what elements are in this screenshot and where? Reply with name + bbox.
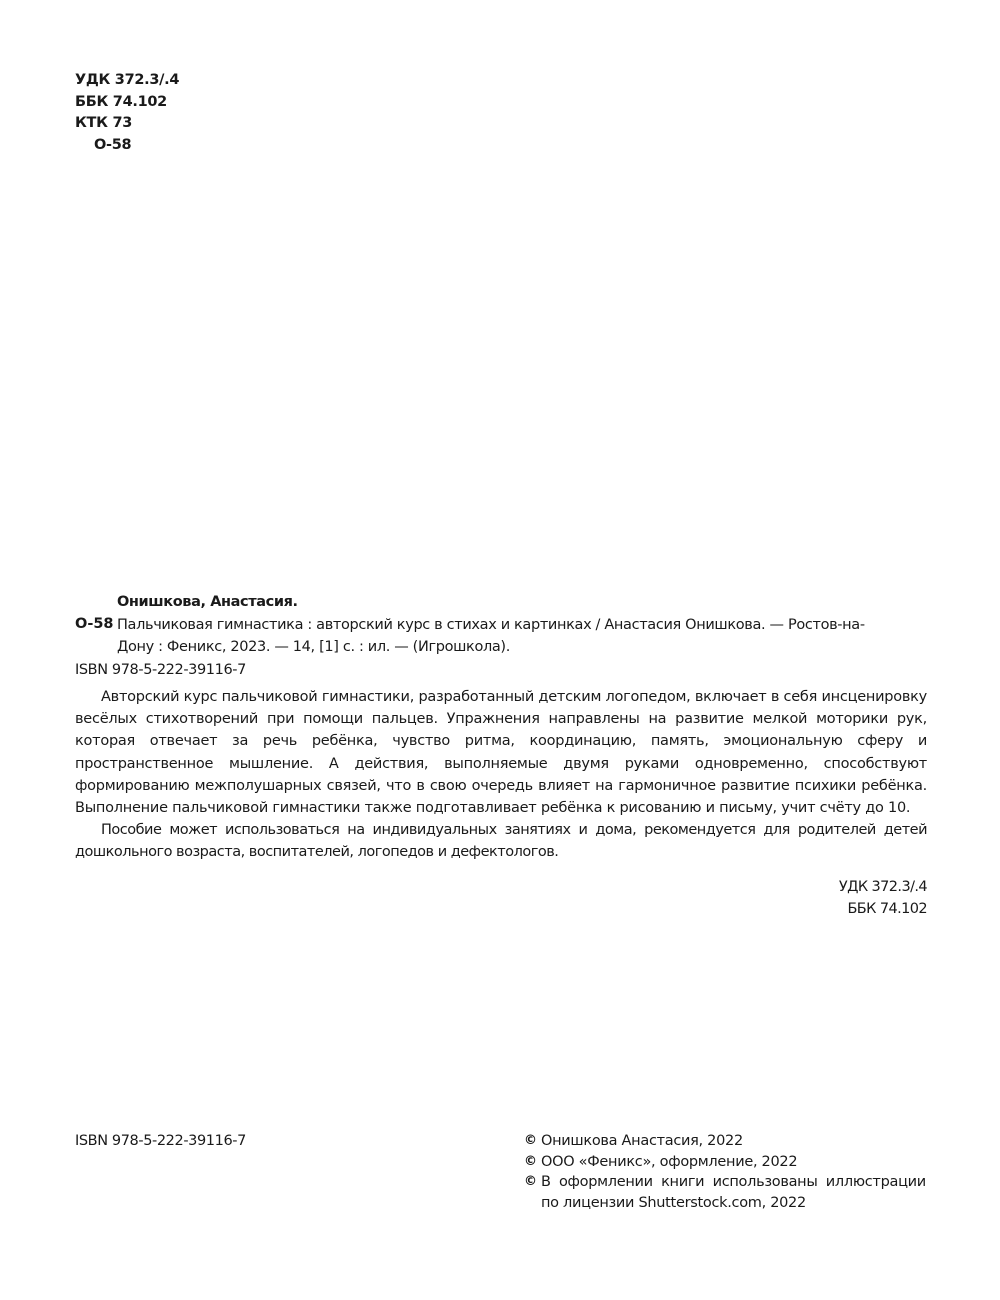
author-mark-record: О-58 (75, 616, 114, 632)
bibliographic-description: Пальчиковая гимнастика : авторский курс … (117, 614, 927, 658)
copyright-line: © Онишкова Анастасия, 2022 (524, 1131, 927, 1152)
copyright-text: В оформлении книги использованы иллюстра… (541, 1172, 927, 1193)
classification-codes-top: УДК 372.3/.4 ББК 74.102 КТК 73 О-58 (75, 70, 179, 156)
copyright-icon: © (524, 1152, 541, 1173)
annotation-paragraph-1: Авторский курс пальчиковой гимнастики, р… (75, 686, 927, 819)
copyright-block: © Онишкова Анастасия, 2022 © ООО «Феникс… (524, 1131, 927, 1213)
bibliographic-line-2: Дону : Феникс, 2023. — 14, [1] с. : ил. … (117, 636, 927, 658)
udk-code-bottom: УДК 372.3/.4 (839, 876, 927, 898)
copyright-icon: © (524, 1172, 541, 1193)
annotation-paragraph-2: Пособие может использоваться на индивиду… (75, 819, 927, 863)
bibliographic-line-1: Пальчиковая гимнастика : авторский курс … (117, 614, 927, 636)
bbk-code: ББК 74.102 (75, 92, 179, 114)
author-mark: О-58 (75, 135, 179, 157)
copyright-text: ООО «Феникс», оформление, 2022 (541, 1152, 927, 1173)
copyright-continuation: по лицензии Shutterstock.com, 2022 (524, 1193, 927, 1214)
udk-code: УДК 372.3/.4 (75, 70, 179, 92)
classification-codes-bottom: УДК 372.3/.4 ББК 74.102 (839, 876, 927, 920)
isbn-footer: ISBN 978-5-222-39116-7 (75, 1133, 246, 1149)
copyright-icon: © (524, 1131, 541, 1152)
copyright-text: Онишкова Анастасия, 2022 (541, 1131, 927, 1152)
copyright-line: © ООО «Феникс», оформление, 2022 (524, 1152, 927, 1173)
ktk-code: КТК 73 (75, 113, 179, 135)
bbk-code-bottom: ББК 74.102 (839, 898, 927, 920)
author-heading: Онишкова, Анастасия. (117, 594, 298, 610)
copyright-line: © В оформлении книги использованы иллюст… (524, 1172, 927, 1193)
annotation: Авторский курс пальчиковой гимнастики, р… (75, 686, 927, 864)
isbn-record: ISBN 978-5-222-39116-7 (75, 662, 246, 678)
